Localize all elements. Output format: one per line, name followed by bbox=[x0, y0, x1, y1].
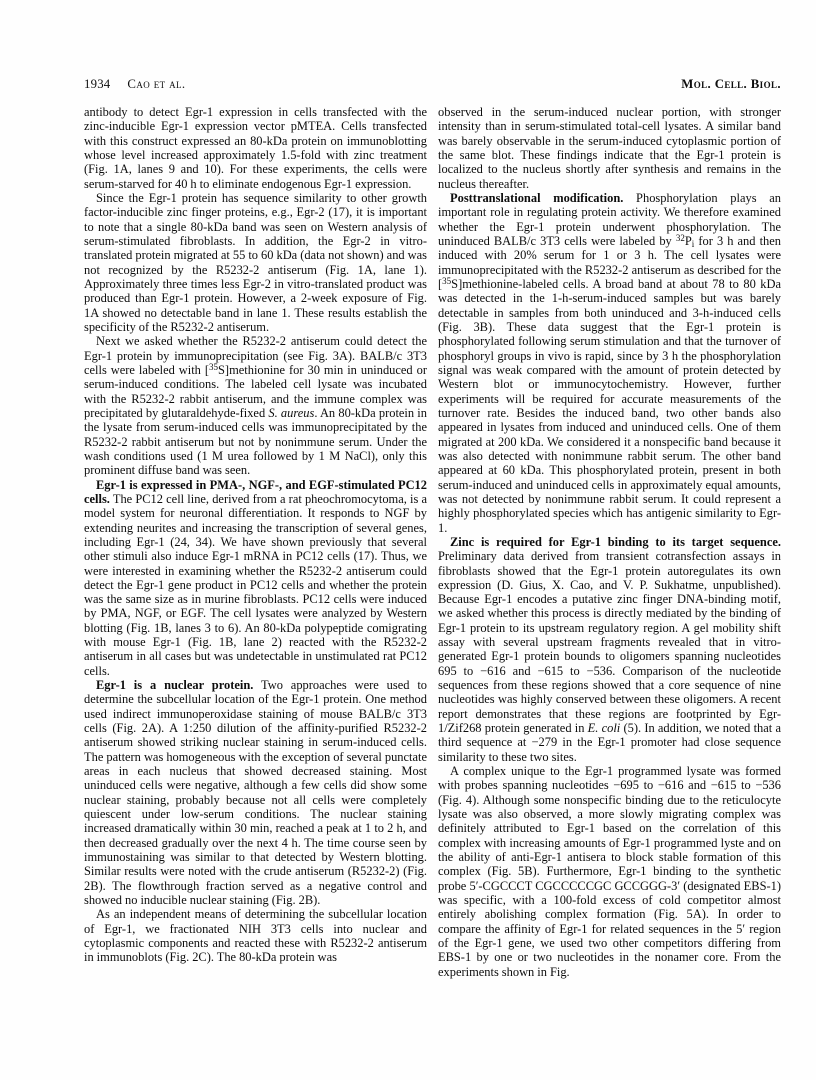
paragraph: Posttranslational modification. Phosphor… bbox=[438, 191, 781, 535]
text-run: 35 bbox=[209, 362, 218, 372]
page-number: 1934 bbox=[84, 77, 110, 91]
text-run: The PC12 cell line, derived from a rat p… bbox=[84, 492, 427, 678]
text-run: Preliminary data derived from transient … bbox=[438, 549, 781, 735]
paragraph: Since the Egr-1 protein has sequence sim… bbox=[84, 191, 427, 334]
paragraph: Egr-1 is expressed in PMA-, NGF-, and EG… bbox=[84, 478, 427, 679]
text-column-left: antibody to detect Egr-1 expression in c… bbox=[84, 105, 427, 979]
run-in-heading: Egr-1 is a nuclear protein. bbox=[96, 678, 253, 692]
journal-page: { "page": { "background_color": "#fefefe… bbox=[0, 0, 816, 1080]
text-run: As an independent means of determining t… bbox=[84, 907, 427, 964]
text-run: 35 bbox=[442, 276, 451, 286]
header-left-group: 1934 Cao et al. bbox=[84, 77, 186, 91]
text-run: S]methionine-labeled cells. A broad band… bbox=[438, 277, 781, 535]
text-column-right: observed in the serum-induced nuclear po… bbox=[438, 105, 781, 979]
paragraph: Zinc is required for Egr-1 binding to it… bbox=[438, 535, 781, 764]
text-run: E. coli bbox=[588, 721, 621, 735]
paragraph: As an independent means of determining t… bbox=[84, 907, 427, 964]
journal-title: Mol. Cell. Biol. bbox=[681, 77, 781, 91]
run-in-heading: Zinc is required for Egr-1 binding to it… bbox=[450, 535, 781, 549]
paragraph: Next we asked whether the R5232-2 antise… bbox=[84, 334, 427, 477]
text-run: P bbox=[685, 234, 692, 248]
text-run: S. aureus bbox=[268, 406, 314, 420]
paragraph: A complex unique to the Egr-1 programmed… bbox=[438, 764, 781, 979]
page-header: 1934 Cao et al. Mol. Cell. Biol. bbox=[84, 77, 781, 91]
text-run: antibody to detect Egr-1 expression in c… bbox=[84, 105, 427, 191]
paragraph: observed in the serum-induced nuclear po… bbox=[438, 105, 781, 191]
text-run: A complex unique to the Egr-1 programmed… bbox=[438, 764, 781, 979]
paragraph: antibody to detect Egr-1 expression in c… bbox=[84, 105, 427, 191]
paragraph: Egr-1 is a nuclear protein. Two approach… bbox=[84, 678, 427, 907]
article-body: antibody to detect Egr-1 expression in c… bbox=[84, 105, 781, 979]
text-run: 32 bbox=[676, 233, 685, 243]
text-run: observed in the serum-induced nuclear po… bbox=[438, 105, 781, 191]
run-in-heading: Posttranslational modification. bbox=[450, 191, 623, 205]
text-run: Since the Egr-1 protein has sequence sim… bbox=[84, 191, 427, 334]
running-title-authors: Cao et al. bbox=[127, 77, 185, 91]
text-run: Two approaches were used to determine th… bbox=[84, 678, 427, 907]
text-run: i bbox=[692, 239, 695, 249]
